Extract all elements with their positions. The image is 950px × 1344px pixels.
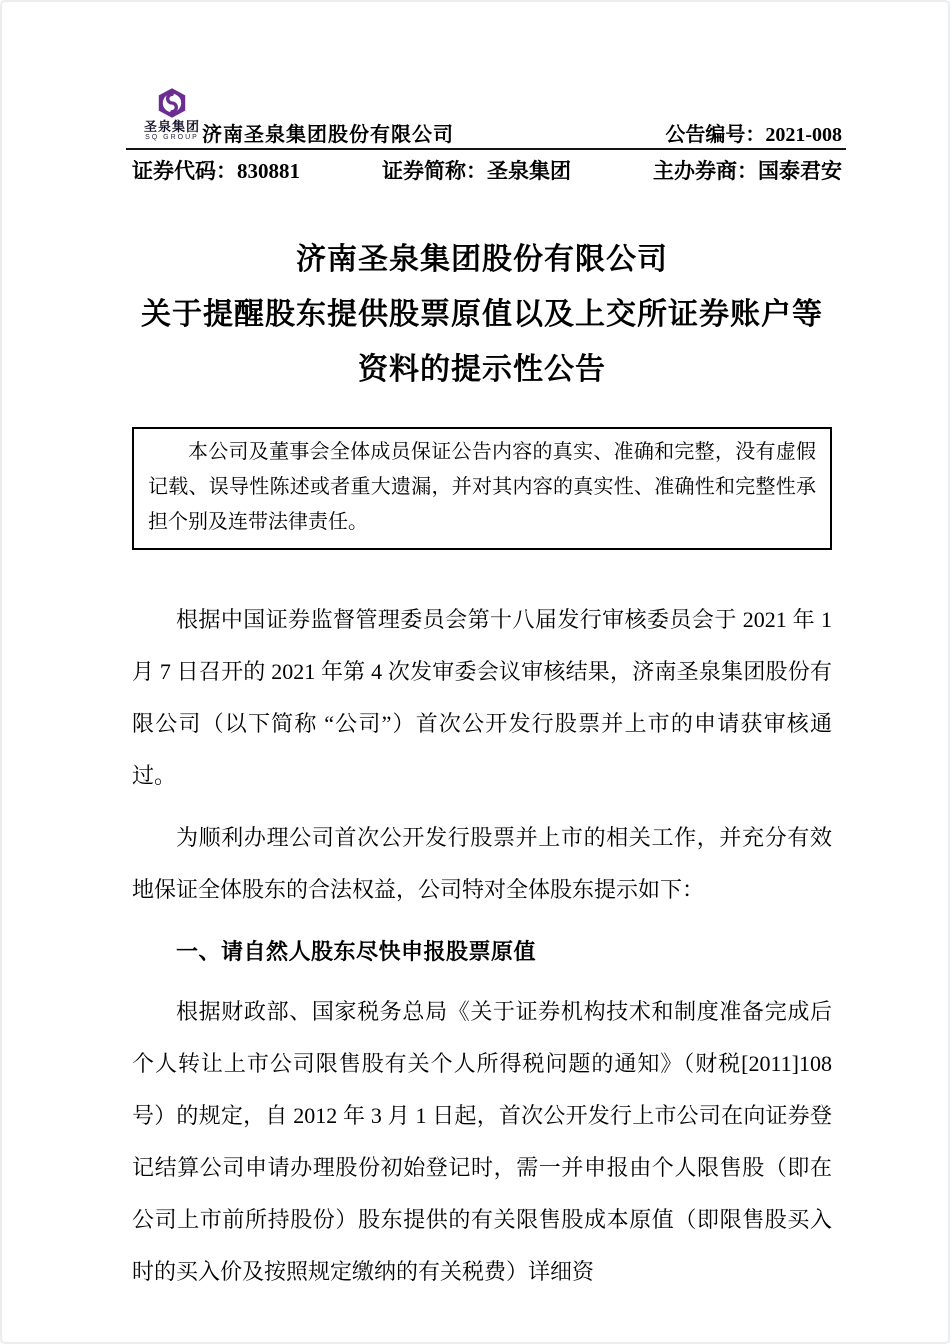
stock-code: 证券代码：830881 (132, 155, 300, 185)
document-content: 圣泉集团 SQ GROUP 济南圣泉集团股份有限公司 公告编号：2021-008… (132, 2, 832, 1298)
document-body: 根据中国证券监督管理委员会第十八届发行审核委员会于 2021 年 1 月 7 日… (132, 594, 832, 1298)
header-company-name: 济南圣泉集团股份有限公司 (202, 118, 454, 147)
document-title: 济南圣泉集团股份有限公司 关于提醒股东提供股票原值以及上交所证券账户等 资料的提… (132, 232, 832, 397)
title-line-3: 资料的提示性公告 (132, 342, 832, 397)
paragraph-purpose: 为顺利办理公司首次公开发行股票并上市的相关工作，并充分有效地保证全体股东的合法权… (132, 812, 832, 916)
title-line-2: 关于提醒股东提供股票原值以及上交所证券账户等 (132, 287, 832, 342)
section-1-heading: 一、请自然人股东尽快申报股票原值 (132, 926, 832, 978)
document-header: 圣泉集团 SQ GROUP 济南圣泉集团股份有限公司 公告编号：2021-008… (132, 2, 832, 188)
stock-short-name: 证券简称：圣泉集团 (382, 155, 571, 185)
header-row-company: 济南圣泉集团股份有限公司 公告编号：2021-008 (132, 118, 842, 147)
header-row-securities: 证券代码：830881 证券简称：圣泉集团 主办券商：国泰君安 (132, 155, 842, 185)
document-page: 圣泉集团 SQ GROUP 济南圣泉集团股份有限公司 公告编号：2021-008… (0, 0, 950, 1344)
header-divider (126, 148, 846, 150)
announcement-number: 公告编号：2021-008 (665, 118, 842, 147)
sponsor-broker: 主办券商：国泰君安 (653, 155, 842, 185)
paragraph-tax-notice: 根据财政部、国家税务总局《关于证券机构技术和制度准备完成后个人转让上市公司限售股… (132, 986, 832, 1298)
paragraph-approval: 根据中国证券监督管理委员会第十八届发行审核委员会于 2021 年 1 月 7 日… (132, 594, 832, 802)
logo-hexagon-swirl-icon (155, 87, 189, 119)
title-line-1: 济南圣泉集团股份有限公司 (132, 232, 832, 287)
disclaimer-text: 本公司及董事会全体成员保证公告内容的真实、准确和完整，没有虚假记载、误导性陈述或… (148, 435, 816, 540)
disclaimer-box: 本公司及董事会全体成员保证公告内容的真实、准确和完整，没有虚假记载、误导性陈述或… (132, 427, 832, 550)
